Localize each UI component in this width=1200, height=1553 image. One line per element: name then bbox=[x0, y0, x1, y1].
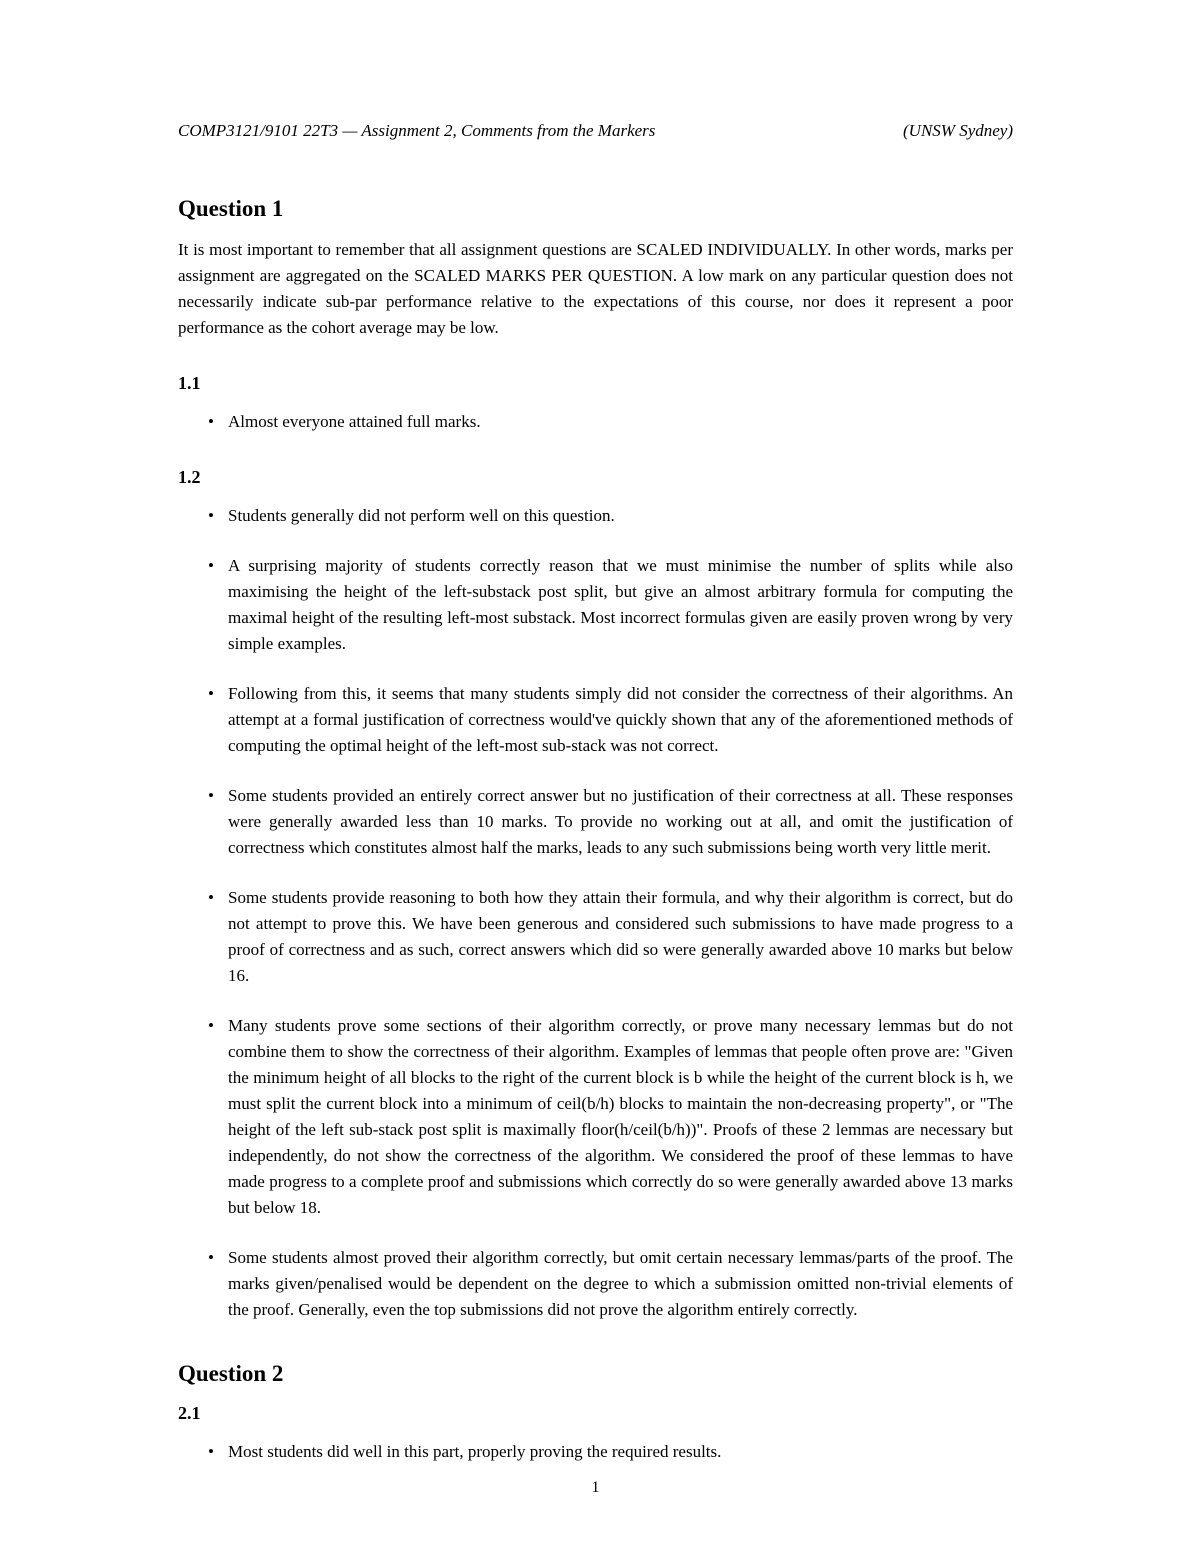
subsection-2-1-bullets: Most students did well in this part, pro… bbox=[178, 1439, 1013, 1465]
bullet-item: Many students prove some sections of the… bbox=[178, 1013, 1013, 1221]
subsection-1-2-heading: 1.2 bbox=[178, 465, 1013, 489]
subsection-1-1-bullets: Almost everyone attained full marks. bbox=[178, 409, 1013, 435]
bullet-item: Most students did well in this part, pro… bbox=[178, 1439, 1013, 1465]
question-1-intro: It is most important to remember that al… bbox=[178, 237, 1013, 341]
header-institution: (UNSW Sydney) bbox=[903, 118, 1013, 144]
bullet-item: Some students provided an entirely corre… bbox=[178, 783, 1013, 861]
document-page: COMP3121/9101 22T3 — Assignment 2, Comme… bbox=[0, 0, 1200, 1553]
bullet-item: Some students provide reasoning to both … bbox=[178, 885, 1013, 989]
question-2-heading: Question 2 bbox=[178, 1359, 1013, 1389]
subsection-2-1-heading: 2.1 bbox=[178, 1401, 1013, 1425]
question-1-heading: Question 1 bbox=[178, 194, 1013, 224]
bullet-item: A surprising majority of students correc… bbox=[178, 553, 1013, 657]
running-header: COMP3121/9101 22T3 — Assignment 2, Comme… bbox=[178, 118, 1013, 144]
bullet-item: Almost everyone attained full marks. bbox=[178, 409, 1013, 435]
text-block: COMP3121/9101 22T3 — Assignment 2, Comme… bbox=[0, 0, 1200, 1465]
subsection-1-1-heading: 1.1 bbox=[178, 371, 1013, 395]
bullet-item: Students generally did not perform well … bbox=[178, 503, 1013, 529]
subsection-1-2-bullets: Students generally did not perform well … bbox=[178, 503, 1013, 1323]
page-number: 1 bbox=[178, 1475, 1013, 1501]
bullet-item: Some students almost proved their algori… bbox=[178, 1245, 1013, 1323]
header-course-title: COMP3121/9101 22T3 — Assignment 2, Comme… bbox=[178, 118, 655, 144]
bullet-item: Following from this, it seems that many … bbox=[178, 681, 1013, 759]
